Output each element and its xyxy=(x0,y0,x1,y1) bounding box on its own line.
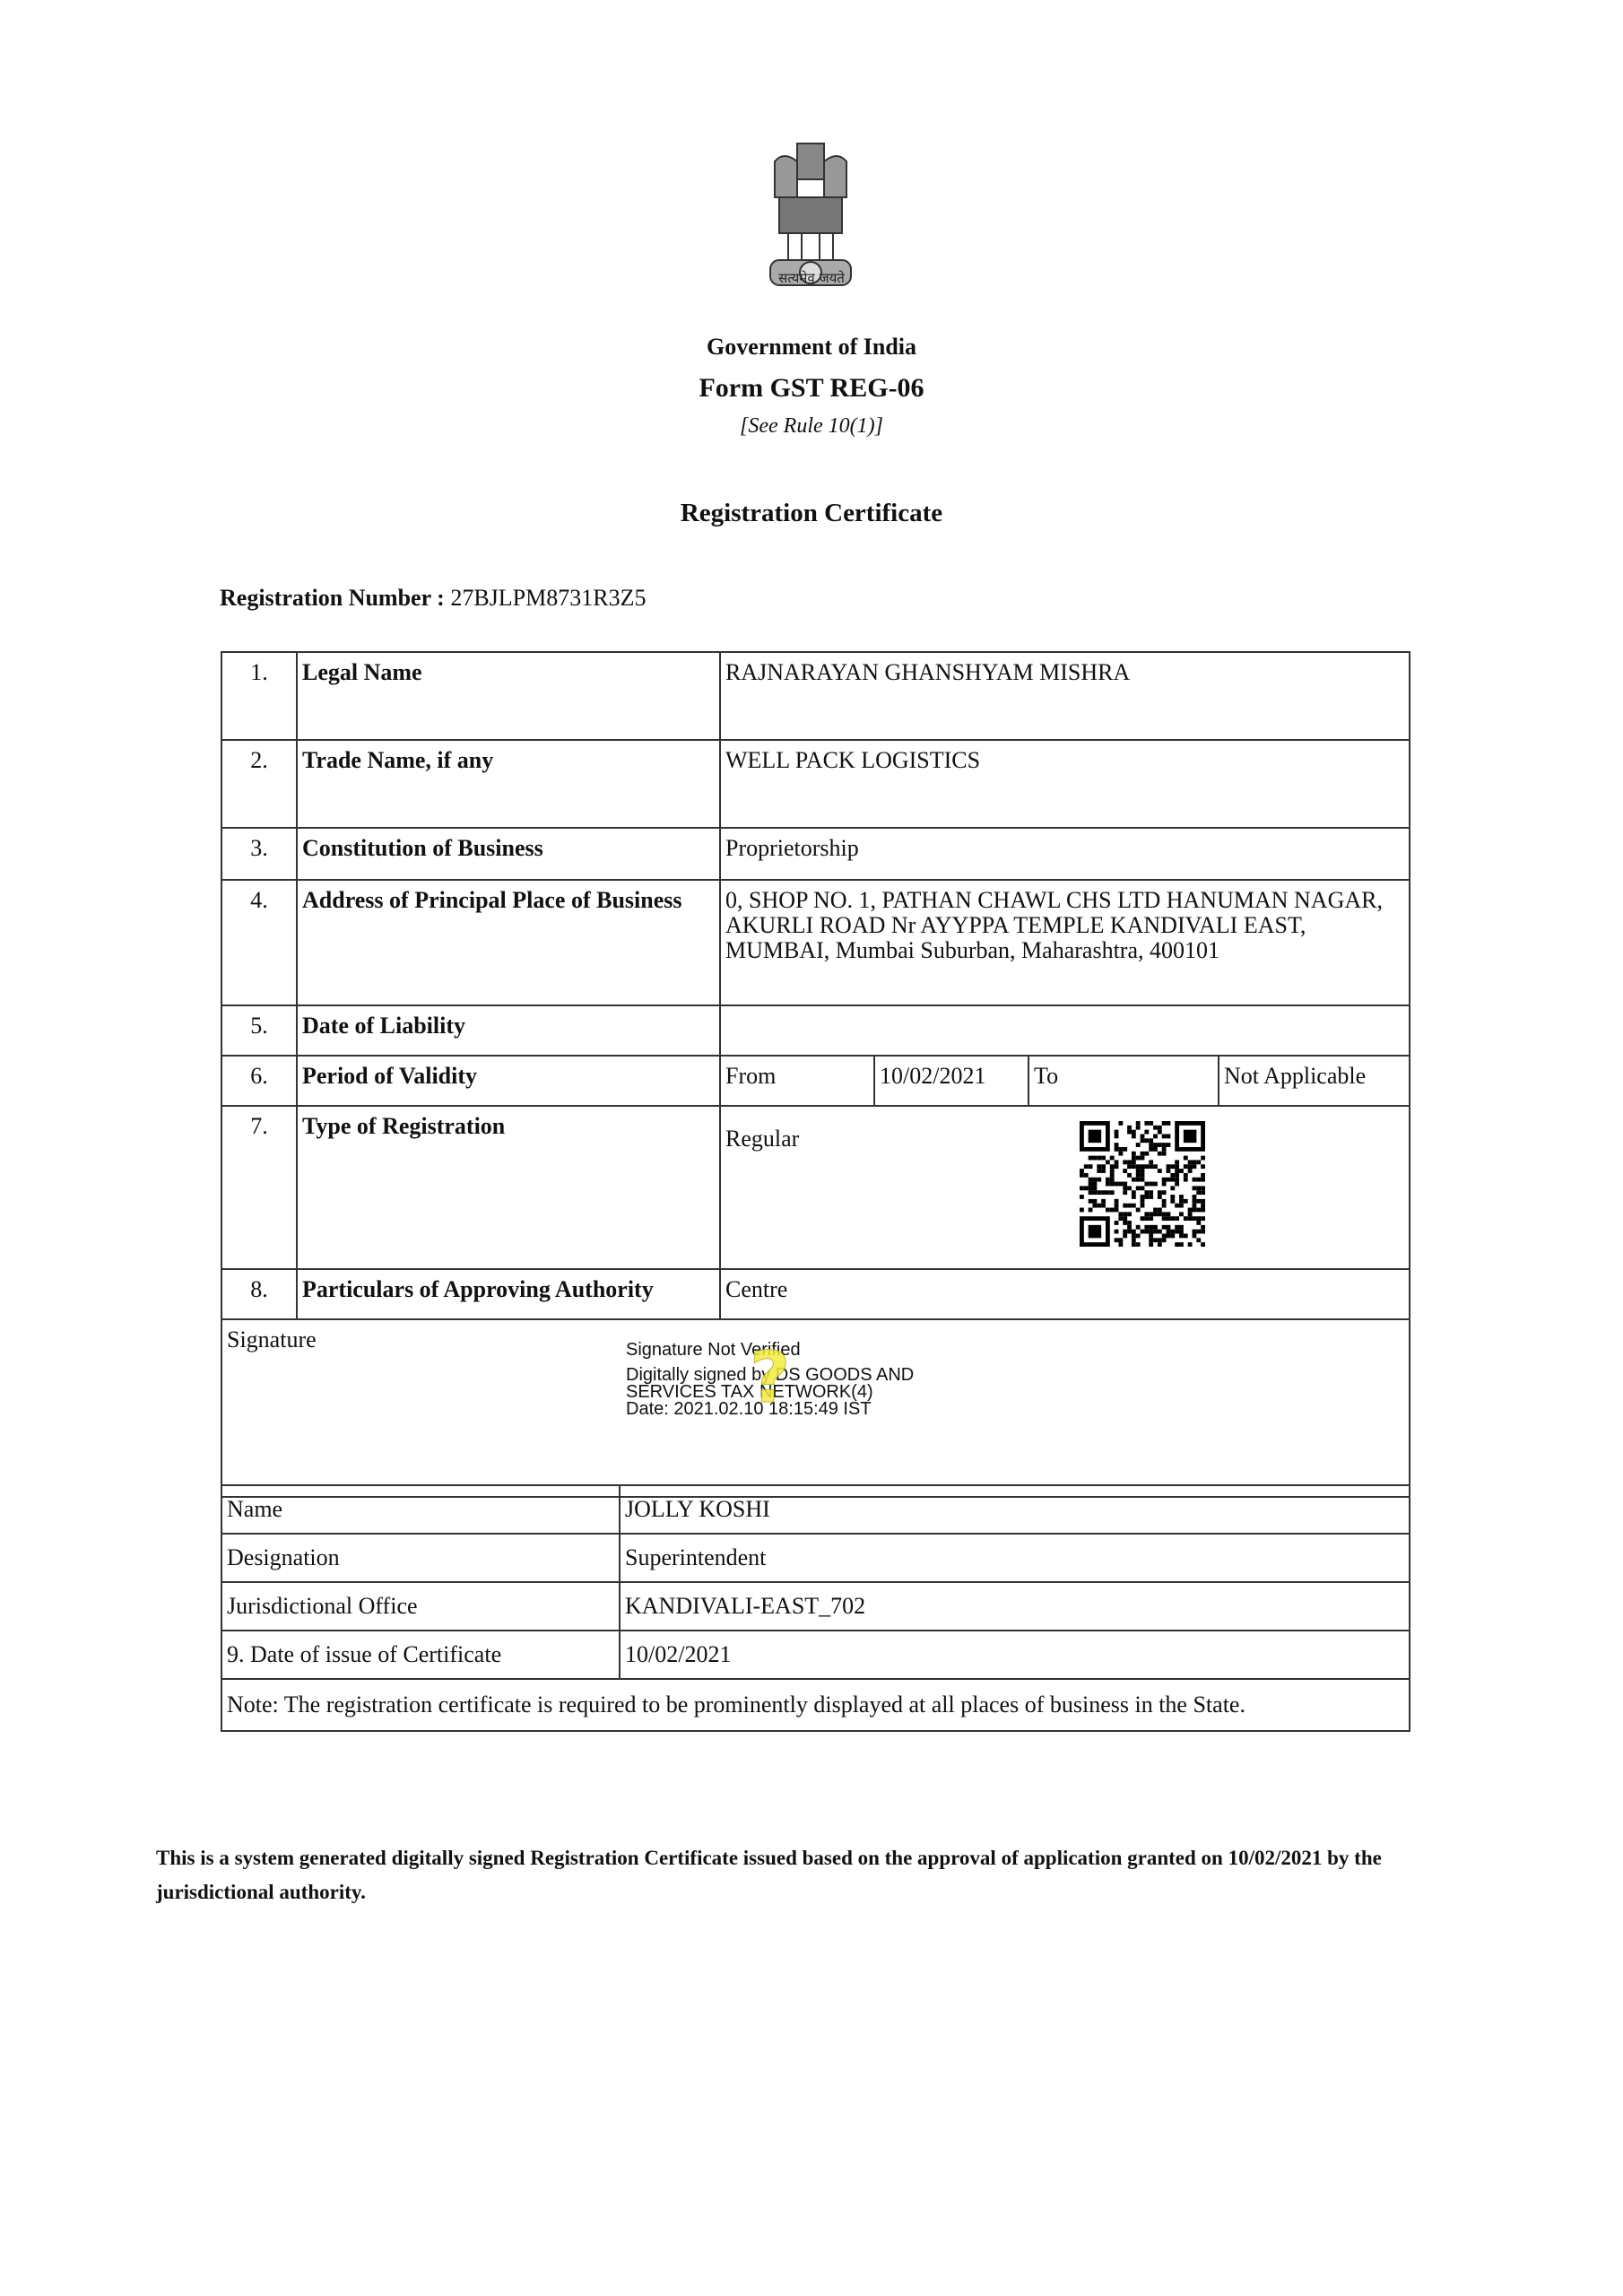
row-label: Trade Name, if any xyxy=(297,740,720,828)
row-number: 1. xyxy=(221,652,297,740)
validity-from-value: 10/02/2021 xyxy=(874,1056,1028,1106)
table-row: Name JOLLY KOSHI xyxy=(221,1485,1410,1534)
rule-reference: [See Rule 10(1)] xyxy=(0,414,1623,439)
form-title: Form GST REG-06 xyxy=(0,373,1623,404)
row-label: Date of Liability xyxy=(297,1005,720,1056)
jurisdictional-office-value: KANDIVALI-EAST_702 xyxy=(620,1582,1410,1631)
row-label: Type of Registration xyxy=(297,1106,720,1269)
row-number: 4. xyxy=(221,880,297,1005)
note-row: Note: The registration certificate is re… xyxy=(221,1679,1410,1731)
row-number: 6. xyxy=(221,1056,297,1106)
validity-to-value: Not Applicable xyxy=(1219,1056,1410,1106)
table-row: 5. Date of Liability xyxy=(221,1005,1410,1056)
table-row: Jurisdictional Office KANDIVALI-EAST_702 xyxy=(221,1582,1410,1631)
row-number: 5. xyxy=(221,1005,297,1056)
row-number: 3. xyxy=(221,828,297,880)
display-note: Note: The registration certificate is re… xyxy=(221,1679,1410,1731)
officer-name-label: Name xyxy=(221,1485,620,1534)
registration-type-value: Regular xyxy=(720,1106,1410,1269)
issue-date-label: 9. Date of issue of Certificate xyxy=(221,1631,620,1679)
table-row: Designation Superintendent xyxy=(221,1534,1410,1582)
authority-table: Name JOLLY KOSHI Designation Superintend… xyxy=(221,1484,1410,1732)
qr-code-icon[interactable] xyxy=(1080,1121,1205,1247)
issue-date-value: 10/02/2021 xyxy=(620,1631,1410,1679)
approving-authority-value: Centre xyxy=(720,1269,1410,1319)
row-label: Period of Validity xyxy=(297,1056,720,1106)
row-label: Address of Principal Place of Business xyxy=(297,880,720,1005)
system-generated-footer: This is a system generated digitally sig… xyxy=(156,1841,1483,1909)
table-row: 3. Constitution of Business Proprietorsh… xyxy=(221,828,1410,880)
designation-label: Designation xyxy=(221,1534,620,1582)
government-heading: Government of India xyxy=(0,334,1623,361)
registration-number-label: Registration Number : xyxy=(220,585,445,611)
table-row: 2. Trade Name, if any WELL PACK LOGISTIC… xyxy=(221,740,1410,828)
address-value: 0, SHOP NO. 1, PATHAN CHAWL CHS LTD HANU… xyxy=(720,880,1410,1005)
registration-number-value: 27BJLPM8731R3Z5 xyxy=(450,585,646,611)
table-row: 9. Date of issue of Certificate 10/02/20… xyxy=(221,1631,1410,1679)
row-number: 2. xyxy=(221,740,297,828)
emblem-motto: सत्यमेव जयते xyxy=(735,269,888,287)
row-label: Constitution of Business xyxy=(297,828,720,880)
validity-from-label: From xyxy=(720,1056,874,1106)
row-number: 7. xyxy=(221,1106,297,1269)
table-row: 7. Type of Registration Regular xyxy=(221,1106,1410,1269)
jurisdictional-office-label: Jurisdictional Office xyxy=(221,1582,620,1631)
row-label: Particulars of Approving Authority xyxy=(297,1269,720,1319)
table-row: 8. Particulars of Approving Authority Ce… xyxy=(221,1269,1410,1319)
table-row: 6. Period of Validity From 10/02/2021 To… xyxy=(221,1056,1410,1106)
row-label: Legal Name xyxy=(297,652,720,740)
designation-value: Superintendent xyxy=(620,1534,1410,1582)
registration-number: Registration Number : 27BJLPM8731R3Z5 xyxy=(220,585,646,612)
trade-name-value: WELL PACK LOGISTICS xyxy=(720,740,1410,828)
date-of-liability-value xyxy=(720,1005,1410,1056)
constitution-value: Proprietorship xyxy=(720,828,1410,880)
question-mark-icon: ? xyxy=(750,1344,790,1413)
legal-name-value: RAJNARAYAN GHANSHYAM MISHRA xyxy=(720,652,1410,740)
table-row: 4. Address of Principal Place of Busines… xyxy=(221,880,1410,1005)
certificate-title: Registration Certificate xyxy=(0,499,1623,528)
validity-to-label: To xyxy=(1028,1056,1219,1106)
officer-name-value: JOLLY KOSHI xyxy=(620,1485,1410,1534)
table-row: 1. Legal Name RAJNARAYAN GHANSHYAM MISHR… xyxy=(221,652,1410,740)
row-number: 8. xyxy=(221,1269,297,1319)
